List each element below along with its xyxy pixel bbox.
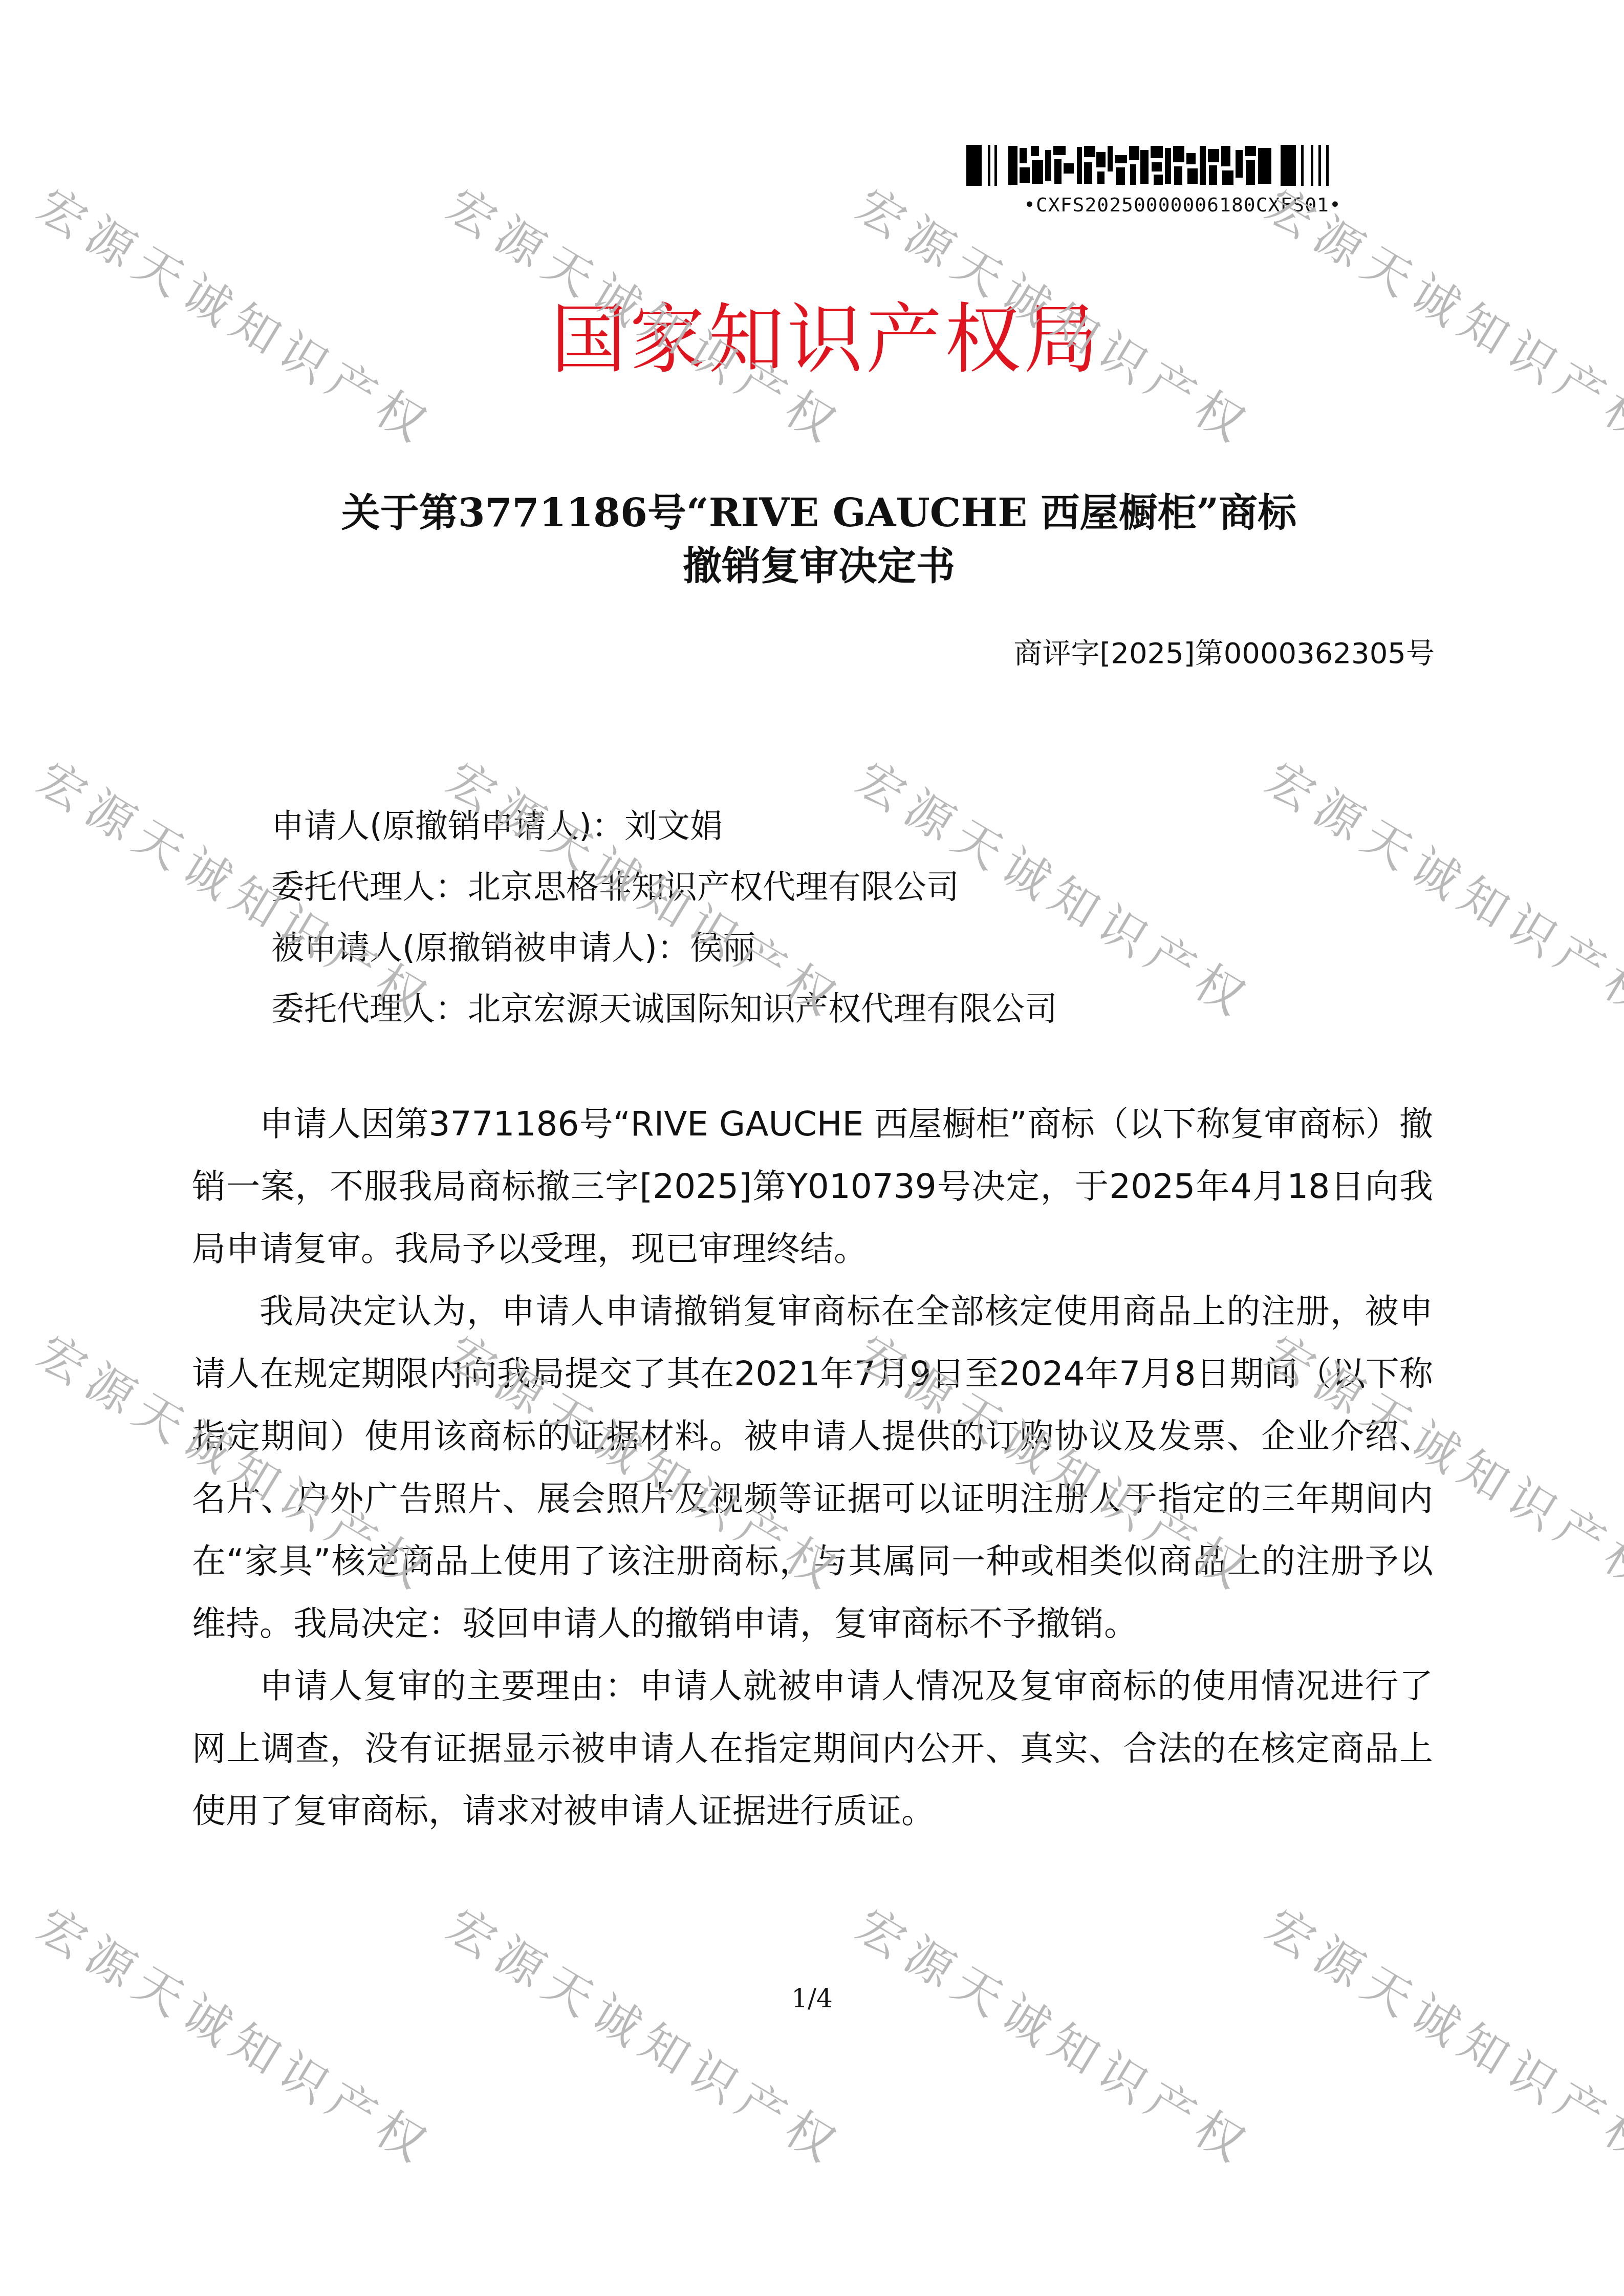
party-label: 被申请人(原撤销被申请人)： (271, 929, 690, 967)
party-label: 委托代理人： (271, 990, 468, 1028)
document-title: 关于第3771186号“RIVE GAUCHE 西屋橱柜”商标 撤销复审决定书 (256, 486, 1382, 593)
watermark-text: 宏源天诚知识产权 (1255, 742, 1624, 1032)
document-page: •CXFS20250000006180CXFS01• 国家知识产权局 关于第37… (0, 0, 1624, 2296)
body-paragraph: 申请人复审的主要理由：申请人就被申请人情况及复审商标的使用情况进行了网上调查，没… (192, 1655, 1433, 1842)
barcode-icon (966, 145, 1391, 186)
decision-body: 申请人因第3771186号“RIVE GAUCHE 西屋橱柜”商标（以下称复审商… (192, 1093, 1433, 1842)
document-number: 商评字[2025]第0000362305号 (1014, 631, 1435, 672)
watermark-text: 宏源天诚知识产权 (436, 1889, 857, 2179)
party-respondent-agent: 委托代理人：北京宏源天诚国际知识产权代理有限公司 (271, 979, 1057, 1040)
document-title-line2: 撤销复审决定书 (256, 540, 1382, 593)
party-value: 刘文娟 (624, 807, 723, 845)
body-paragraph: 申请人因第3771186号“RIVE GAUCHE 西屋橱柜”商标（以下称复审商… (192, 1093, 1433, 1280)
parties-block: 申请人(原撤销申请人)：刘文娟 委托代理人：北京思格非知识产权代理有限公司 被申… (271, 796, 1057, 1040)
watermark-text: 宏源天诚知识产权 (27, 169, 447, 459)
document-title-line1: 关于第3771186号“RIVE GAUCHE 西屋橱柜”商标 (256, 486, 1382, 540)
party-label: 申请人(原撤销申请人)： (271, 807, 624, 845)
party-value: 北京思格非知识产权代理有限公司 (468, 868, 959, 906)
watermark-text: 宏源天诚知识产权 (1255, 1889, 1624, 2179)
barcode-text: •CXFS20250000006180CXFS01• (1024, 194, 1341, 216)
party-applicant-agent: 委托代理人：北京思格非知识产权代理有限公司 (271, 857, 1057, 918)
page-number: 1/4 (0, 1984, 1624, 2013)
body-paragraph: 我局决定认为，申请人申请撤销复审商标在全部核定使用商品上的注册，被申请人在规定期… (192, 1280, 1433, 1655)
party-value: 北京宏源天诚国际知识产权代理有限公司 (468, 990, 1057, 1028)
watermark-text: 宏源天诚知识产权 (846, 1889, 1266, 2179)
2d-code-pattern-icon (1007, 145, 1273, 186)
watermark-text: 宏源天诚知识产权 (27, 1889, 447, 2179)
party-label: 委托代理人： (271, 868, 468, 906)
party-applicant: 申请人(原撤销申请人)：刘文娟 (271, 796, 1057, 857)
organization-title: 国家知识产权局 (537, 279, 1116, 388)
party-respondent: 被申请人(原撤销被申请人)：侯丽 (271, 918, 1057, 979)
party-value: 侯丽 (690, 929, 755, 967)
